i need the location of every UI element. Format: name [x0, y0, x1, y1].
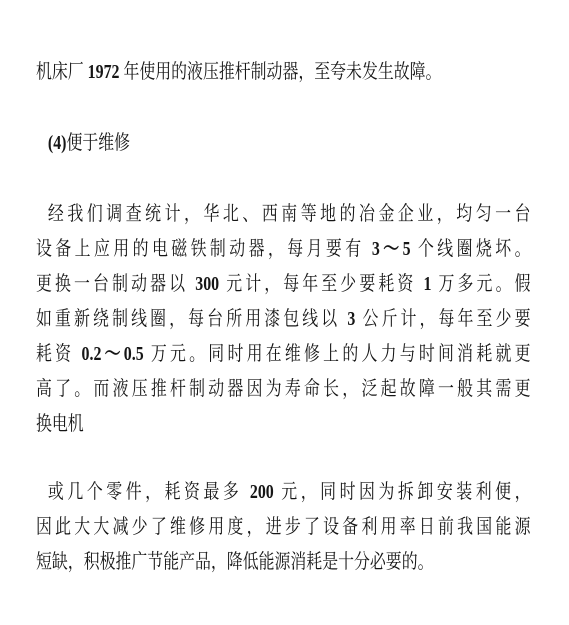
- text-run: 元，同时因为拆卸安装利便，: [274, 481, 531, 503]
- text-run: 更换一台制动器以: [36, 273, 195, 295]
- text-run: 公斤计，每年至少要: [355, 308, 530, 330]
- text-line: 因此大大减少了维修用度，进步了设备利用率日前我国能源: [36, 510, 530, 545]
- text-run: 万元。同时用在维修上的人力与时间消耗就更: [144, 343, 531, 365]
- paragraph-conclusion: 或几个零件，耗资最多 200 元，同时因为拆卸安装利便，因此大大减少了维修用度，…: [36, 475, 530, 580]
- text-line: 高了。而液压推杆制动器因为寿命长，泛起故障一般其需更: [36, 372, 530, 407]
- paragraph-continuation: 机床厂 1972 年使用的液压推杆制动器，至夸未发生故障。: [36, 55, 530, 90]
- text-line: 或几个零件，耗资最多 200 元，同时因为拆卸安装利便，: [36, 475, 530, 510]
- text-line: 换电机: [36, 407, 530, 442]
- text-line: 短缺，积极推广节能产品，降低能源消耗是十分必要的。: [36, 545, 530, 580]
- text-run: 便于维修: [66, 132, 130, 154]
- text-run: 经我们调查统计，华北、西南等地的冶金企业，均匀一台: [48, 203, 531, 225]
- text-run: 因此大大减少了维修用度，进步了设备利用率日前我国能源: [36, 516, 530, 538]
- bold-number-run: 3: [347, 308, 355, 330]
- text-run: 短缺，积极推广节能产品，降低能源消耗是十分必要的。: [36, 551, 434, 573]
- text-run: 元计，每年至少要耗资: [219, 273, 423, 295]
- text-run: 换电机: [36, 413, 84, 435]
- document-content: 机床厂 1972 年使用的液压推杆制动器，至夸未发生故障。(4)便于维修经我们调…: [36, 55, 569, 580]
- bold-number-run: 0.2～0.5: [82, 343, 144, 365]
- text-run: 如重新绕制线圈，每台所用漆包线以: [36, 308, 347, 330]
- bold-number-run: 300: [195, 273, 219, 295]
- text-run: 年使用的液压推杆制动器，至夸未发生故障。: [119, 61, 441, 83]
- text-run: 耗资: [36, 343, 82, 365]
- bold-number-run: (4): [48, 132, 67, 154]
- bold-number-run: 1972: [88, 61, 120, 83]
- text-line: 如重新绕制线圈，每台所用漆包线以 3 公斤计，每年至少要: [36, 302, 530, 337]
- section-heading-4: (4)便于维修: [36, 126, 530, 161]
- text-run: 设备上应用的电磁铁制动器，每月要有: [36, 238, 372, 260]
- paragraph-survey-costs: 经我们调查统计，华北、西南等地的冶金企业，均匀一台设备上应用的电磁铁制动器，每月…: [36, 197, 530, 442]
- text-line: (4)便于维修: [36, 126, 530, 161]
- bold-number-run: 3～5: [372, 238, 411, 260]
- text-run: 或几个零件，耗资最多: [48, 481, 250, 503]
- text-line: 更换一台制动器以 300 元计，每年至少要耗资 1 万多元。假: [36, 267, 530, 302]
- text-run: 万多元。假: [431, 273, 530, 295]
- bold-number-run: 200: [250, 481, 274, 503]
- text-line: 经我们调查统计，华北、西南等地的冶金企业，均匀一台: [36, 197, 530, 232]
- text-line: 设备上应用的电磁铁制动器，每月要有 3～5 个线圈烧坏。: [36, 232, 530, 267]
- document-page: 机床厂 1972 年使用的液压推杆制动器，至夸未发生故障。(4)便于维修经我们调…: [0, 0, 569, 625]
- text-line: 机床厂 1972 年使用的液压推杆制动器，至夸未发生故障。: [36, 55, 530, 90]
- text-run: 个线圈烧坏。: [411, 238, 531, 260]
- text-run: 高了。而液压推杆制动器因为寿命长，泛起故障一般其需更: [36, 378, 530, 400]
- text-run: 机床厂: [36, 61, 88, 83]
- text-line: 耗资 0.2～0.5 万元。同时用在维修上的人力与时间消耗就更: [36, 337, 530, 372]
